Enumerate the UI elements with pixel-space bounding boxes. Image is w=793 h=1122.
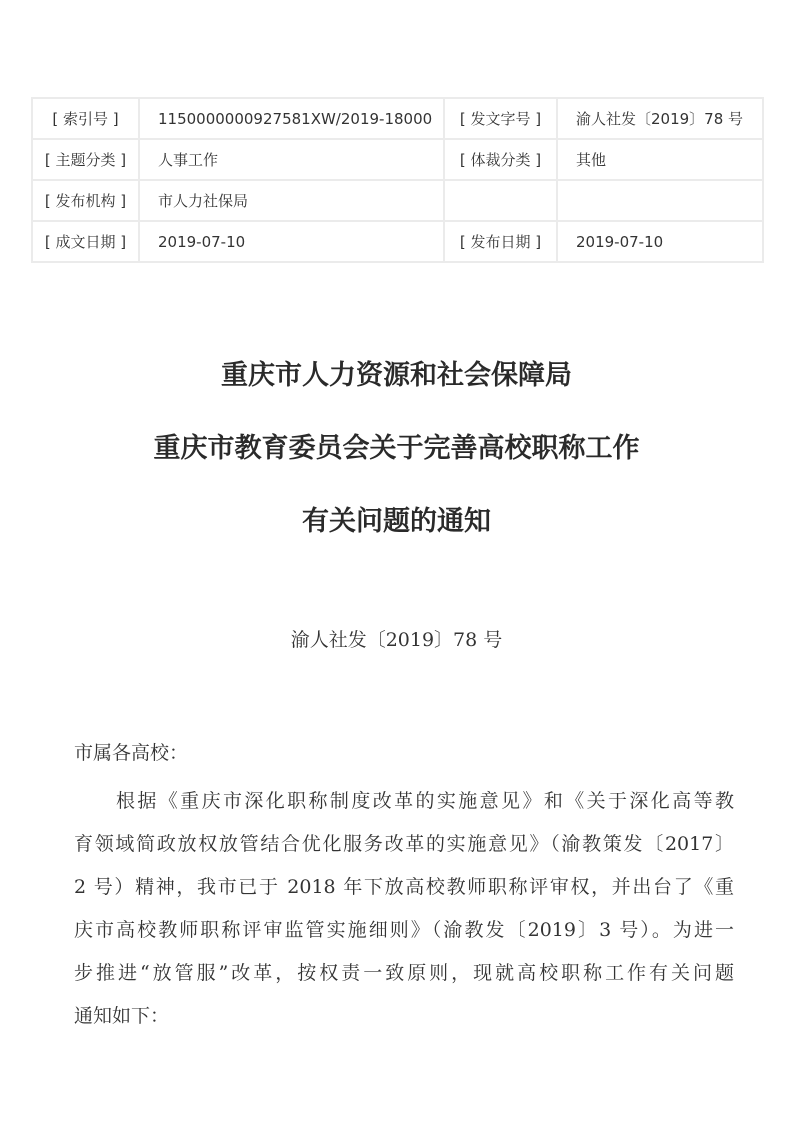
metadata-row-dates: [ 成文日期 ] 2019-07-10 [ 发布日期 ] 2019-07-10 bbox=[32, 221, 763, 262]
empty-label-cell bbox=[444, 180, 557, 221]
genre-category-label: [ 体裁分类 ] bbox=[444, 139, 557, 180]
publishing-agency-label: [ 发布机构 ] bbox=[32, 180, 139, 221]
document-number-value: 渝人社发〔2019〕78 号 bbox=[557, 98, 763, 139]
index-number-label: [ 索引号 ] bbox=[32, 98, 139, 139]
metadata-row-publisher: [ 发布机构 ] 市人力社保局 bbox=[32, 180, 763, 221]
index-number-value: 115000000092758​1XW/2019-18000 bbox=[139, 98, 444, 139]
body-line: 庆市高校教师职称评审监管实施细则》（渝教发〔2019〕3 号）。为进一 bbox=[74, 915, 734, 958]
title-line-1: 重庆市人力资源和社会保障局 bbox=[0, 352, 793, 425]
publishing-agency-value: 市人力社保局 bbox=[139, 180, 444, 221]
empty-value-cell bbox=[557, 180, 763, 221]
body-line: 2 号）精神，我市已于 2018 年下放高校教师职称评审权，并出台了《重 bbox=[74, 872, 734, 915]
body-line: 育领域简政放权放管结合优化服务改革的实施意见》（渝教策发〔2017〕 bbox=[74, 829, 734, 872]
written-date-label: [ 成文日期 ] bbox=[32, 221, 139, 262]
topic-category-value: 人事工作 bbox=[139, 139, 444, 180]
metadata-row-index: [ 索引号 ] 115000000092758​1XW/2019-18000 [… bbox=[32, 98, 763, 139]
genre-category-value: 其他 bbox=[557, 139, 763, 180]
body-line: 步推进“放管服”改革，按权责一致原则，现就高校职称工作有关问题 bbox=[74, 958, 734, 1001]
publish-date-label: [ 发布日期 ] bbox=[444, 221, 557, 262]
body-line: 通知如下： bbox=[74, 1001, 734, 1044]
publish-date-value: 2019-07-10 bbox=[557, 221, 763, 262]
title-line-2: 重庆市教育委员会关于完善高校职称工作 bbox=[0, 425, 793, 498]
topic-category-label: [ 主题分类 ] bbox=[32, 139, 139, 180]
document-number-label: [ 发文字号 ] bbox=[444, 98, 557, 139]
document-title: 重庆市人力资源和社会保障局 重庆市教育委员会关于完善高校职称工作 有关问题的通知 bbox=[0, 352, 793, 571]
document-number: 渝人社发〔2019〕78 号 bbox=[0, 625, 793, 652]
title-line-3: 有关问题的通知 bbox=[0, 498, 793, 571]
written-date-value: 2019-07-10 bbox=[139, 221, 444, 262]
metadata-table: [ 索引号 ] 115000000092758​1XW/2019-18000 [… bbox=[31, 97, 764, 263]
body-line: 根据《重庆市深化职称制度改革的实施意见》和《关于深化高等教 bbox=[74, 786, 734, 829]
metadata-row-category: [ 主题分类 ] 人事工作 [ 体裁分类 ] 其他 bbox=[32, 139, 763, 180]
salutation: 市属各高校： bbox=[74, 738, 188, 765]
body-paragraph: 根据《重庆市深化职称制度改革的实施意见》和《关于深化高等教 育领域简政放权放管结… bbox=[74, 786, 734, 1044]
